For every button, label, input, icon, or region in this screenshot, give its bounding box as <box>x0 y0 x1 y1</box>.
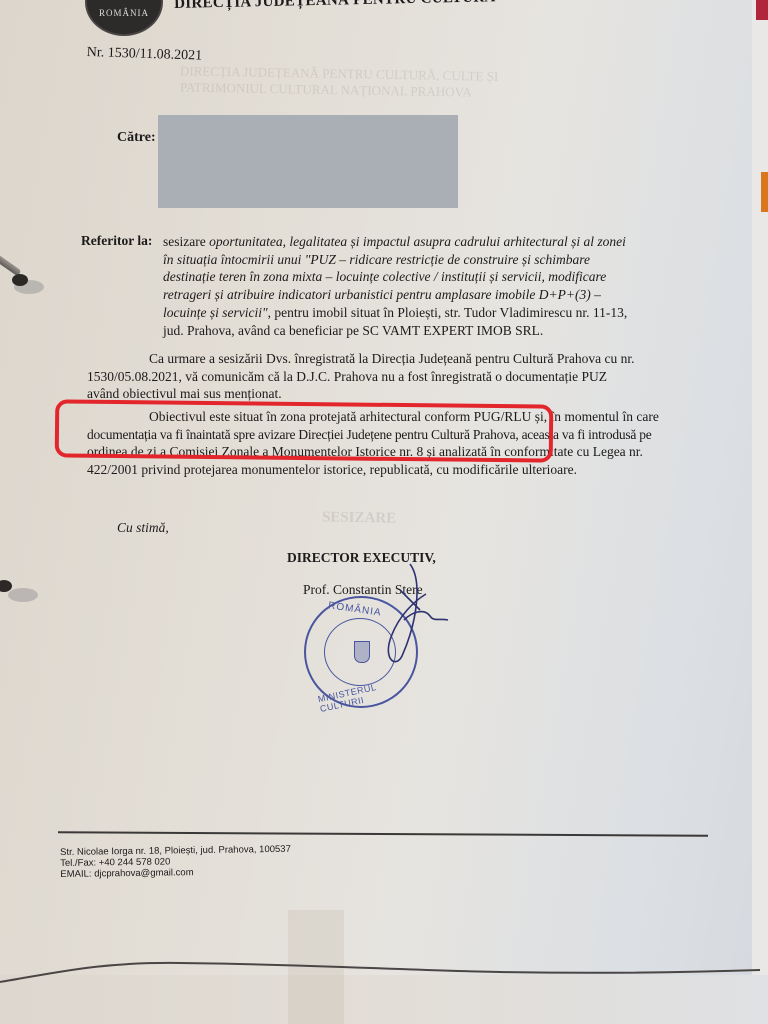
signatory-title: DIRECTOR EXECUTIV, <box>287 550 436 566</box>
stamp-inner-ring <box>324 618 396 686</box>
reference-line: sesizare oportunitatea, legalitatea și i… <box>163 233 723 251</box>
reference-text-run: locuințe și servicii" <box>163 305 268 320</box>
reference-text-run: oportunitatea, legalitatea și impactul a… <box>209 234 626 249</box>
reference-line: jud. Prahova, având ca beneficiar pe SC … <box>163 322 723 340</box>
footer-contact: Str. Nicolae Iorga nr. 18, Ploiești, jud… <box>60 844 291 880</box>
orange-divider-tab <box>761 172 768 212</box>
reference-text-run: destinație teren în zona mixta – locuinț… <box>163 269 606 284</box>
recipient-redaction-box <box>158 115 458 208</box>
stamp-top-text: ROMÂNIA <box>327 600 382 618</box>
underlying-sheet <box>0 975 768 1024</box>
logo-text: ROMÂNIA <box>99 8 149 18</box>
paper-fold-shadow <box>288 910 344 1024</box>
reference-text-run: , pentru imobil situat în Ploiești, str.… <box>268 305 628 320</box>
paragraph-1: Ca urmare a sesizării Dvs. înregistrată … <box>87 350 727 403</box>
reference-label: Referitor la: <box>81 233 152 249</box>
official-stamp: ROMÂNIA MINISTERUL CULTURII <box>304 596 418 708</box>
binder-ring-shadow <box>8 588 38 602</box>
red-divider-tab <box>756 0 768 20</box>
reference-line: destinație teren în zona mixta – locuinț… <box>163 268 723 286</box>
reference-line: retrageri și atribuire indicatori urbani… <box>163 286 723 304</box>
closing-greeting: Cu stimă, <box>117 520 169 536</box>
paragraph-line: Ca urmare a sesizării Dvs. înregistrată … <box>87 350 727 368</box>
reference-text-run: jud. Prahova, având ca beneficiar pe SC … <box>163 323 543 338</box>
coat-of-arms-icon <box>354 641 370 663</box>
reference-body: sesizare oportunitatea, legalitatea și i… <box>163 233 723 339</box>
reference-text-run: în situația întocmirii unui "PUZ – ridic… <box>163 252 590 267</box>
binder-ring-icon <box>12 274 28 286</box>
page-stack-edge <box>752 0 768 1024</box>
red-highlight-annotation <box>55 399 554 462</box>
reference-line: în situația întocmirii unui "PUZ – ridic… <box>163 251 723 269</box>
reference-text-run: sesizare <box>163 234 209 249</box>
paragraph-line: 422/2001 privind protejarea monumentelor… <box>87 461 727 479</box>
reference-line: locuințe și servicii", pentru imobil sit… <box>163 304 723 322</box>
paragraph-line: 1530/05.08.2021, vă comunicăm că la D.J.… <box>87 368 727 386</box>
reference-text-run: retrageri și atribuire indicatori urbani… <box>163 287 601 302</box>
recipient-label: Către: <box>117 130 156 146</box>
